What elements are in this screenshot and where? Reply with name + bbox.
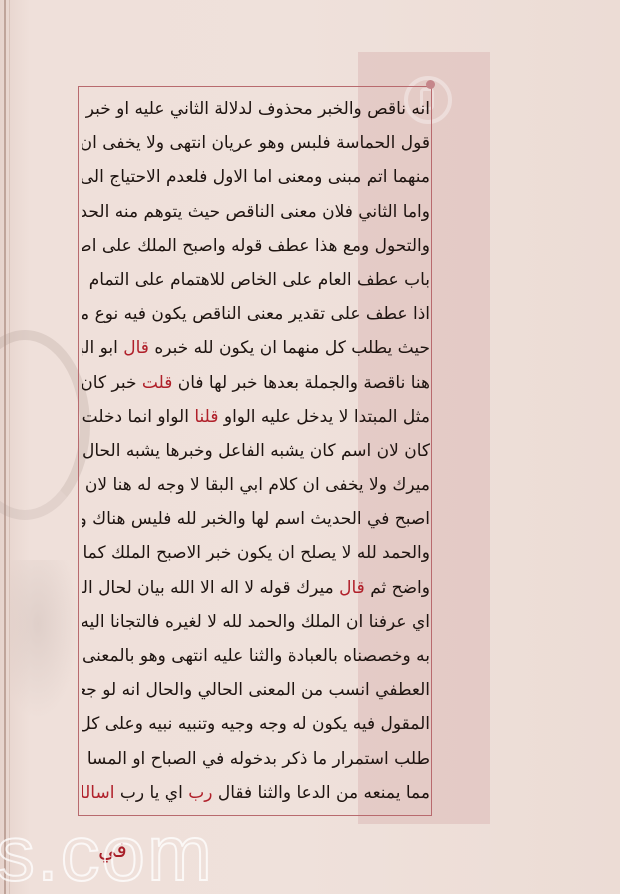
text-segment: خبر كان <box>82 373 136 393</box>
frame-corner-ornament <box>426 80 435 89</box>
text-line: هنا ناقصة والجملة بعدها خبر لها فان قلت … <box>82 366 430 400</box>
text-segment: واضح ثم <box>370 578 430 598</box>
ink-bleed-through-ornament <box>0 330 90 520</box>
text-segment: مما يمنعه من الدعا والثنا فقال <box>218 783 430 803</box>
text-line: طلب استمرار ما ذكر بدخوله في الصباح او ا… <box>82 742 430 776</box>
text-line: العطفي انسب من المعنى الحالي والحال انه … <box>82 673 430 707</box>
text-segment: حيث يطلب كل منهما ان يكون لله خبره <box>154 338 430 358</box>
text-line: والحمد لله لا يصلح ان يكون خبر الاصبح ال… <box>82 536 430 570</box>
text-line: مما يمنعه من الدعا والثنا فقال رب اي يا … <box>82 776 430 810</box>
text-line: به وخصصناه بالعبادة والثنا عليه انتهى وه… <box>82 639 430 673</box>
text-line: اي عرفنا ان الملك والحمد لله لا لغيره فا… <box>82 605 430 639</box>
text-line: انه ناقص والخبر محذوف لدلالة الثاني عليه… <box>82 92 430 126</box>
watermark-text: s.com <box>0 808 214 894</box>
manuscript-text-block: انه ناقص والخبر محذوف لدلالة الثاني عليه… <box>82 92 430 810</box>
text-line: ميرك ولا يخفى ان كلام ابي البقا لا وجه ل… <box>82 468 430 502</box>
text-line: المقول فيه يكون له وجه وجيه وتنبيه نبيه … <box>82 707 430 741</box>
ink-bleed-through-shadow <box>10 560 80 720</box>
rubric-word: قلنا <box>194 407 218 427</box>
manuscript-page: انه ناقص والخبر محذوف لدلالة الثاني عليه… <box>0 0 620 894</box>
text-line: كان لان اسم كان يشبه الفاعل وخبرها يشبه … <box>82 434 430 468</box>
text-line: مثل المبتدا لا يدخل عليه الواو قلنا الوا… <box>82 400 430 434</box>
text-line: باب عطف العام على الخاص للاهتمام على الت… <box>82 263 430 297</box>
text-segment: ميرك قوله لا اله الا الله بيان لحال القا… <box>82 578 334 598</box>
text-segment: ابو البقا اصبح <box>82 338 118 358</box>
rubric-word: قال <box>123 338 149 358</box>
text-segment: هنا ناقصة والجملة بعدها خبر لها فان <box>178 373 430 393</box>
text-segment: اي يا رب <box>120 783 183 803</box>
text-line: منهما اتم مبنى ومعنى اما الاول فلعدم الا… <box>82 160 430 194</box>
text-segment: الواو انما دخلت في خبر <box>82 407 189 427</box>
text-line: واضح ثم قال ميرك قوله لا اله الا الله بي… <box>82 571 430 605</box>
text-line: اذا عطف على تقدير معنى الناقص يكون فيه ن… <box>82 297 430 331</box>
text-line: والتحول ومع هذا عطف قوله واصبح الملك على… <box>82 229 430 263</box>
rubric-word: قلت <box>142 373 172 393</box>
text-segment: مثل المبتدا لا يدخل عليه الواو <box>224 407 430 427</box>
text-line: اصبح في الحديث اسم لها والخبر لله فليس ه… <box>82 502 430 536</box>
text-line: حيث يطلب كل منهما ان يكون لله خبره قال ا… <box>82 331 430 365</box>
text-line: قول الحماسة فلبس وهو عريان انتهى ولا يخف… <box>82 126 430 160</box>
text-line: واما الثاني فلان معنى الناقص حيث يتوهم م… <box>82 195 430 229</box>
rubric-word: رب <box>188 783 212 803</box>
rubric-phrase: اسالك خير ما <box>82 783 114 803</box>
rubric-word: قال <box>339 578 365 598</box>
